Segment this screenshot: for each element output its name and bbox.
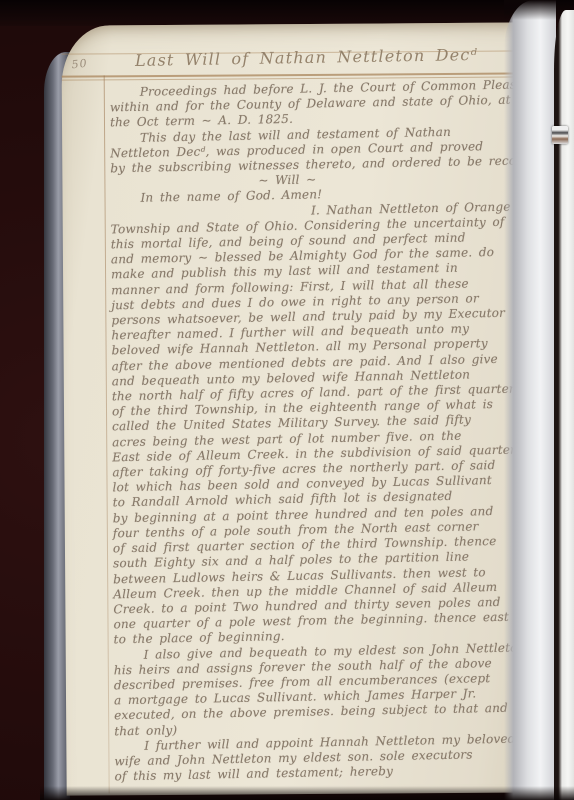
manuscript-text-block: Proceedings had before L. J. the Court o…	[110, 82, 529, 784]
page-number: 50	[71, 57, 88, 72]
book-fore-edge	[504, 0, 556, 800]
page-title: Last Will of Nathan Nettleton Decᵈ	[121, 45, 491, 70]
left-margin-rule	[104, 75, 110, 793]
manuscript-page: 50 Last Will of Nathan Nettleton Decᵈ Pr…	[61, 22, 544, 795]
binding-clip	[552, 126, 568, 144]
bottom-shadow	[40, 786, 574, 800]
